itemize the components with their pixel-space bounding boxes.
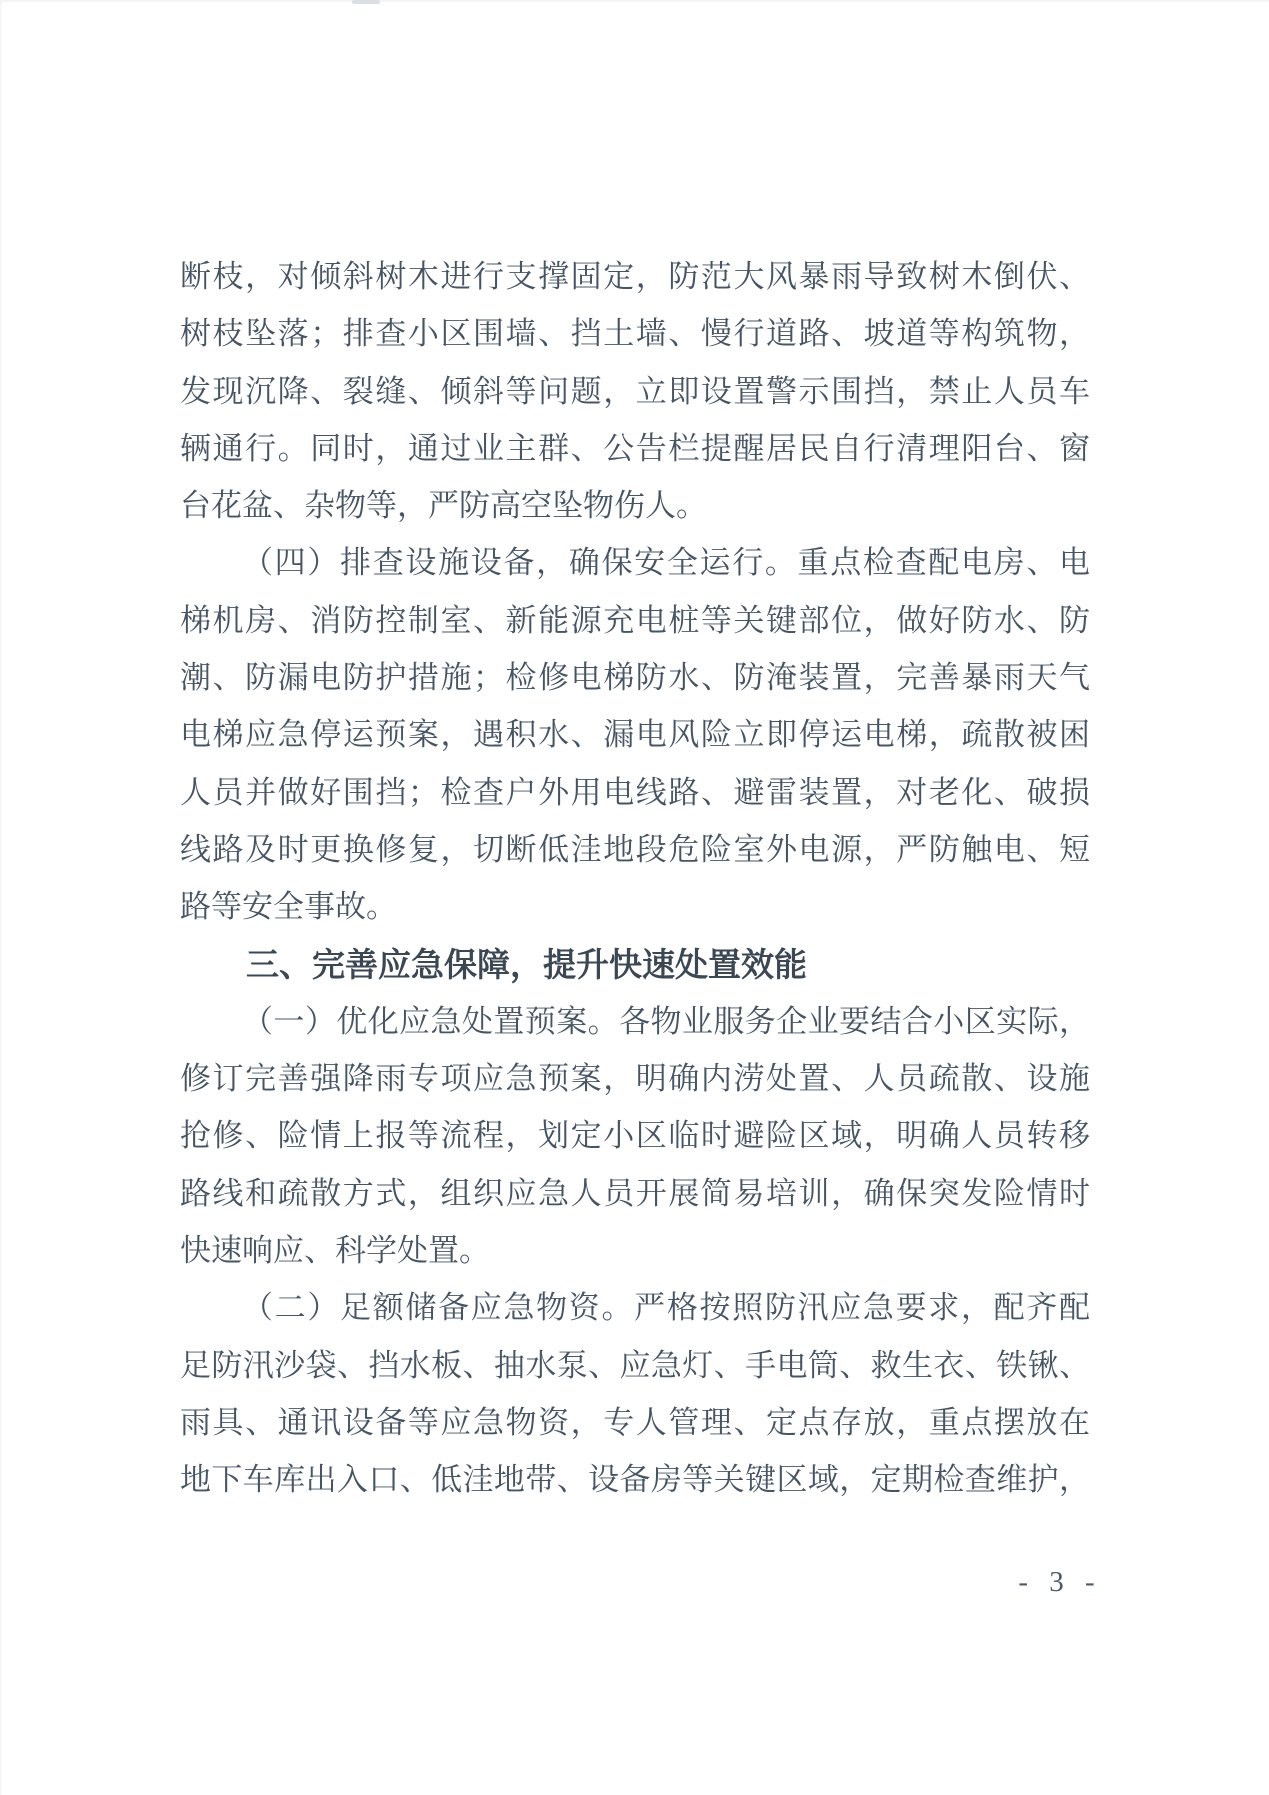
text-line: 路等安全事故。 [180,878,1090,935]
text-line: 潮、防漏电防护措施；检修电梯防水、防淹装置，完善暴雨天气 [180,649,1090,706]
text-line: 修订完善强降雨专项应急预案，明确内涝处置、人员疏散、设施 [180,1050,1090,1107]
text-line: 梯机房、消防控制室、新能源充电桩等关键部位，做好防水、防 [180,592,1090,649]
text-line: 抢修、险情上报等流程，划定小区临时避险区域，明确人员转移 [180,1107,1090,1164]
text-line: 雨具、通讯设备等应急物资，专人管理、定点存放，重点摆放在 [180,1394,1090,1451]
text-line: 电梯应急停运预案，遇积水、漏电风险立即停运电梯，疏散被困 [180,706,1090,763]
text-line: 快速响应、科学处置。 [180,1222,1090,1279]
document-page: 断枝，对倾斜树木进行支撑固定，防范大风暴雨导致树木倒伏、 树枝坠落；排查小区围墙… [0,0,1269,1795]
text-line: 台花盆、杂物等，严防高空坠物伤人。 [180,477,1090,534]
text-line: （四）排查设施设备，确保安全运行。重点检查配电房、电 [180,534,1090,591]
scan-smudge [352,0,380,4]
text-line: 树枝坠落；排查小区围墙、挡土墙、慢行道路、坡道等构筑物， [180,305,1090,362]
text-line: 发现沉降、裂缝、倾斜等问题，立即设置警示围挡，禁止人员车 [180,363,1090,420]
text-line: 断枝，对倾斜树木进行支撑固定，防范大风暴雨导致树木倒伏、 [180,248,1090,305]
text-line: 线路及时更换修复，切断低洼地段危险室外电源，严防触电、短 [180,821,1090,878]
text-line: 地下车库出入口、低洼地带、设备房等关键区域，定期检查维护， [180,1451,1090,1508]
text-line: （一）优化应急处置预案。各物业服务企业要结合小区实际， [180,993,1090,1050]
page-number: - 3 - [1005,1566,1115,1599]
text-line: 路线和疏散方式，组织应急人员开展简易培训，确保突发险情时 [180,1165,1090,1222]
text-line: 足防汛沙袋、挡水板、抽水泵、应急灯、手电筒、救生衣、铁锹、 [180,1337,1090,1394]
text-line: （二）足额储备应急物资。严格按照防汛应急要求，配齐配 [180,1279,1090,1336]
section-heading: 三、完善应急保障，提升快速处置效能 [180,936,1090,993]
document-text: 断枝，对倾斜树木进行支撑固定，防范大风暴雨导致树木倒伏、 树枝坠落；排查小区围墙… [180,248,1090,1509]
text-line: 人员并做好围挡；检查户外用电线路、避雷装置，对老化、破损 [180,764,1090,821]
text-line: 辆通行。同时，通过业主群、公告栏提醒居民自行清理阳台、窗 [180,420,1090,477]
